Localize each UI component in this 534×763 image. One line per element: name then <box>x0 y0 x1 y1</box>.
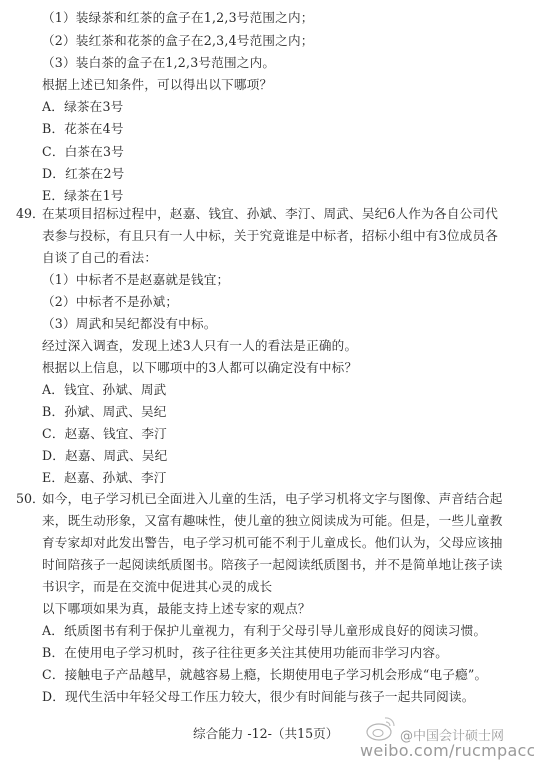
option-d: D．现代生活中年轻父母工作压力较大，很少有时间能与孩子一起共同阅读。 <box>42 689 475 705</box>
weibo-logo-icon <box>365 714 399 742</box>
watermark-url: weibo.com/rucmpacc <box>360 741 534 760</box>
statement-1: （1）中标者不是赵嘉就是钱宜； <box>42 272 229 288</box>
statement-3: （3）周武和吴纪都没有中标。 <box>42 316 217 332</box>
stem-line-3: 自谈了自己的看法： <box>42 250 157 266</box>
option-a: A．纸质图书有利于保护儿童视力，有利于父母引导儿童形成良好的阅读习惯。 <box>42 623 486 639</box>
option-c: C．赵嘉、钱宜、李汀 <box>42 426 167 442</box>
page-footer: 综合能力 -12-（共15页） <box>193 726 338 742</box>
option-d: D．赵嘉、周武、吴纪 <box>42 448 167 464</box>
stem-line-3: 育专家却对此发出警告，电子学习机可能不利于儿童成长。他们认为，父母应该抽 <box>42 535 503 551</box>
option-b: B．孙斌、周武、吴纪 <box>42 404 167 420</box>
option-c: C．接触电子产品越早，就越容易上瘾，长期使用电子学习机会形成“电子瘾”。 <box>42 667 487 683</box>
question-prompt: 根据以上信息，以下哪项中的3人都可以确定没有中标？ <box>42 360 357 376</box>
statement-2: （2）中标者不是孙斌； <box>42 294 178 310</box>
stem-line-1: 在某项目招标过程中，赵嘉、钱宜、孙斌、李汀、周武、吴纪6人作为各自公司代 <box>42 206 498 222</box>
condition-2: （2）装红茶和花茶的盒子在2,3,4号范围之内； <box>42 33 314 49</box>
option-b: B．花茶在4号 <box>42 121 124 137</box>
stem-line-2: 来，既生动形象，又富有趣味性，使儿童的独立阅读成为可能。但是，一些儿童教 <box>42 513 503 529</box>
question-prompt: 以下哪项如果为真，最能支持上述专家的观点？ <box>42 601 311 617</box>
option-a: A．钱宜、孙斌、周武 <box>42 382 166 398</box>
stem-line-4: 时间陪孩子一起阅读纸质图书。陪孩子一起阅读纸质图书，并不是简单地让孩子读 <box>42 557 503 573</box>
option-e: E．绿茶在1号 <box>42 188 124 204</box>
exam-page: （1）装绿茶和红茶的盒子在1,2,3号范围之内； （2）装红茶和花茶的盒子在2,… <box>0 0 534 763</box>
condition-3: （3）装白茶的盒子在1,2,3号范围之内。 <box>42 55 275 71</box>
question-prompt: 根据上述已知条件，可以得出以下哪项？ <box>42 77 272 93</box>
stem-line-5: 书识字，而是在交流中促进其心灵的成长 <box>42 579 272 595</box>
finding: 经过深入调查，发现上述3人只有一人的看法是正确的。 <box>42 338 357 354</box>
option-b: B．在使用电子学习机时，孩子往往更多关注其使用功能而非学习内容。 <box>42 645 448 661</box>
option-e: E．赵嘉、孙斌、李汀 <box>42 470 167 486</box>
option-d: D．红茶在2号 <box>42 166 124 182</box>
stem-line-2: 表参与投标，有且只有一人中标，关于究竟谁是中标者，招标小组中有3位成员各 <box>42 228 498 244</box>
condition-1: （1）装绿茶和红茶的盒子在1,2,3号范围之内； <box>42 10 314 26</box>
stem-line-1: 如今，电子学习机已全面进入儿童的生活，电子学习机将文字与图像、声音结合起 <box>42 491 503 507</box>
option-a: A．绿茶在3号 <box>42 99 123 115</box>
option-c: C．白茶在3号 <box>42 144 124 160</box>
question-number: 50． <box>16 491 45 507</box>
question-number: 49． <box>16 206 45 222</box>
